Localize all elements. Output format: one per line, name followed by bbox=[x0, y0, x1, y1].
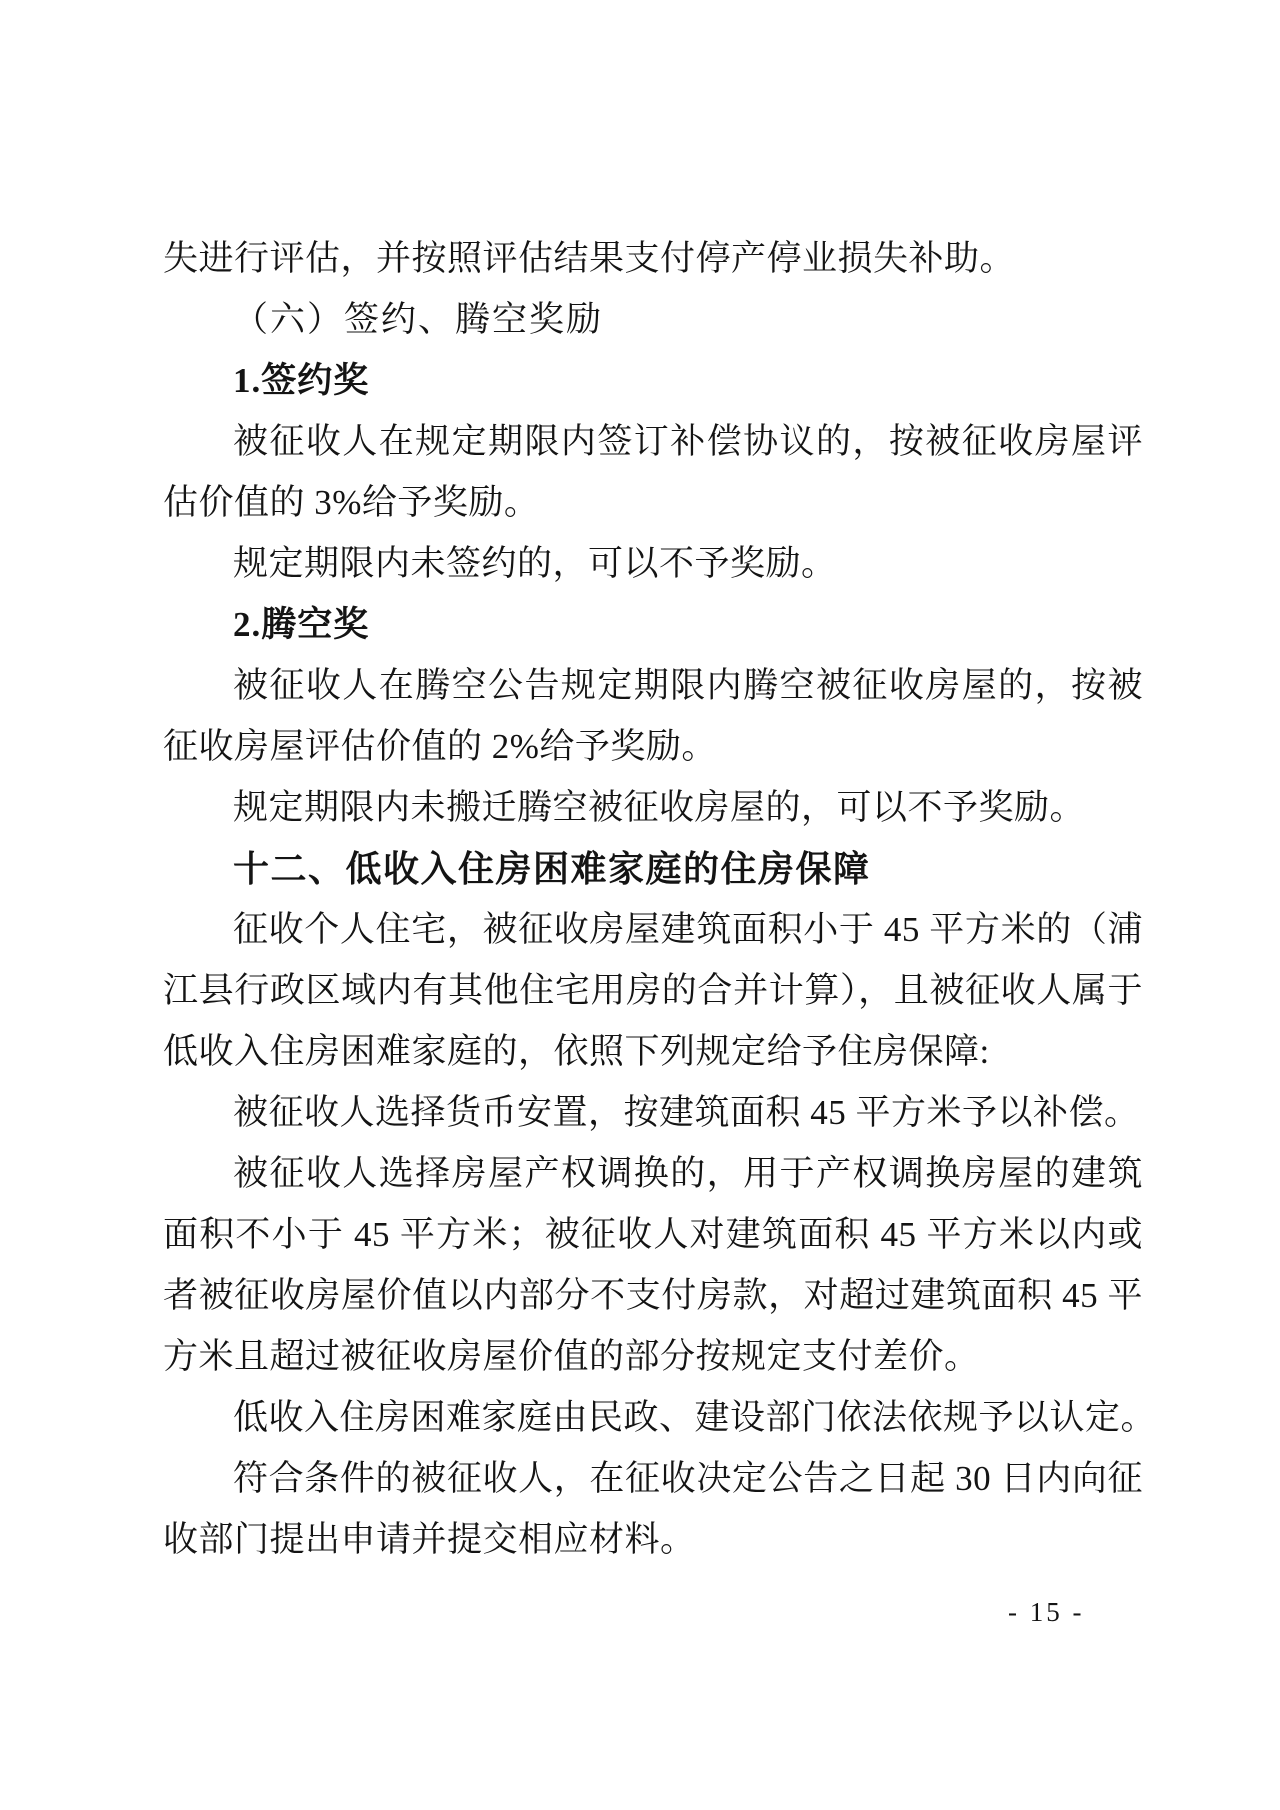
page-number: - 15 - bbox=[1008, 1592, 1084, 1632]
paragraph-line: 者被征收房屋价值以内部分不支付房款，对超过建筑面积 45 平 bbox=[163, 1265, 1143, 1326]
paragraph-line: 江县行政区域内有其他住宅用房的合并计算），且被征收人属于 bbox=[163, 960, 1143, 1021]
document-page: 失进行评估，并按照评估结果支付停产停业损失补助。 （六）签约、腾空奖励 1.签约… bbox=[0, 0, 1280, 1810]
paragraph-line: 规定期限内未签约的，可以不予奖励。 bbox=[163, 533, 1143, 594]
paragraph-line: 失进行评估，并按照评估结果支付停产停业损失补助。 bbox=[163, 228, 1143, 289]
paragraph-line: 被征收人在规定期限内签订补偿协议的，按被征收房屋评 bbox=[163, 411, 1143, 472]
subsection-heading: （六）签约、腾空奖励 bbox=[163, 289, 1143, 350]
paragraph-line: 被征收人在腾空公告规定期限内腾空被征收房屋的，按被 bbox=[163, 655, 1143, 716]
document-text-block: 失进行评估，并按照评估结果支付停产停业损失补助。 （六）签约、腾空奖励 1.签约… bbox=[163, 228, 1143, 1570]
paragraph-line: 低收入住房困难家庭由民政、建设部门依法依规予以认定。 bbox=[163, 1387, 1143, 1448]
paragraph-line: 低收入住房困难家庭的，依照下列规定给予住房保障: bbox=[163, 1021, 1143, 1082]
section-heading: 十二、低收入住房困难家庭的住房保障 bbox=[163, 838, 1143, 899]
numbered-heading-2: 2.腾空奖 bbox=[163, 594, 1143, 655]
paragraph-line: 征收房屋评估价值的 2%给予奖励。 bbox=[163, 716, 1143, 777]
paragraph-line: 被征收人选择货币安置，按建筑面积 45 平方米予以补偿。 bbox=[163, 1082, 1143, 1143]
paragraph-line: 估价值的 3%给予奖励。 bbox=[163, 472, 1143, 533]
paragraph-line: 面积不小于 45 平方米；被征收人对建筑面积 45 平方米以内或 bbox=[163, 1204, 1143, 1265]
paragraph-line: 征收个人住宅，被征收房屋建筑面积小于 45 平方米的（浦 bbox=[163, 899, 1143, 960]
paragraph-line: 收部门提出申请并提交相应材料。 bbox=[163, 1509, 1143, 1570]
paragraph-line: 符合条件的被征收人，在征收决定公告之日起 30 日内向征 bbox=[163, 1448, 1143, 1509]
paragraph-line: 方米且超过被征收房屋价值的部分按规定支付差价。 bbox=[163, 1326, 1143, 1387]
paragraph-line: 被征收人选择房屋产权调换的，用于产权调换房屋的建筑 bbox=[163, 1143, 1143, 1204]
paragraph-line: 规定期限内未搬迁腾空被征收房屋的，可以不予奖励。 bbox=[163, 777, 1143, 838]
numbered-heading-1: 1.签约奖 bbox=[163, 350, 1143, 411]
